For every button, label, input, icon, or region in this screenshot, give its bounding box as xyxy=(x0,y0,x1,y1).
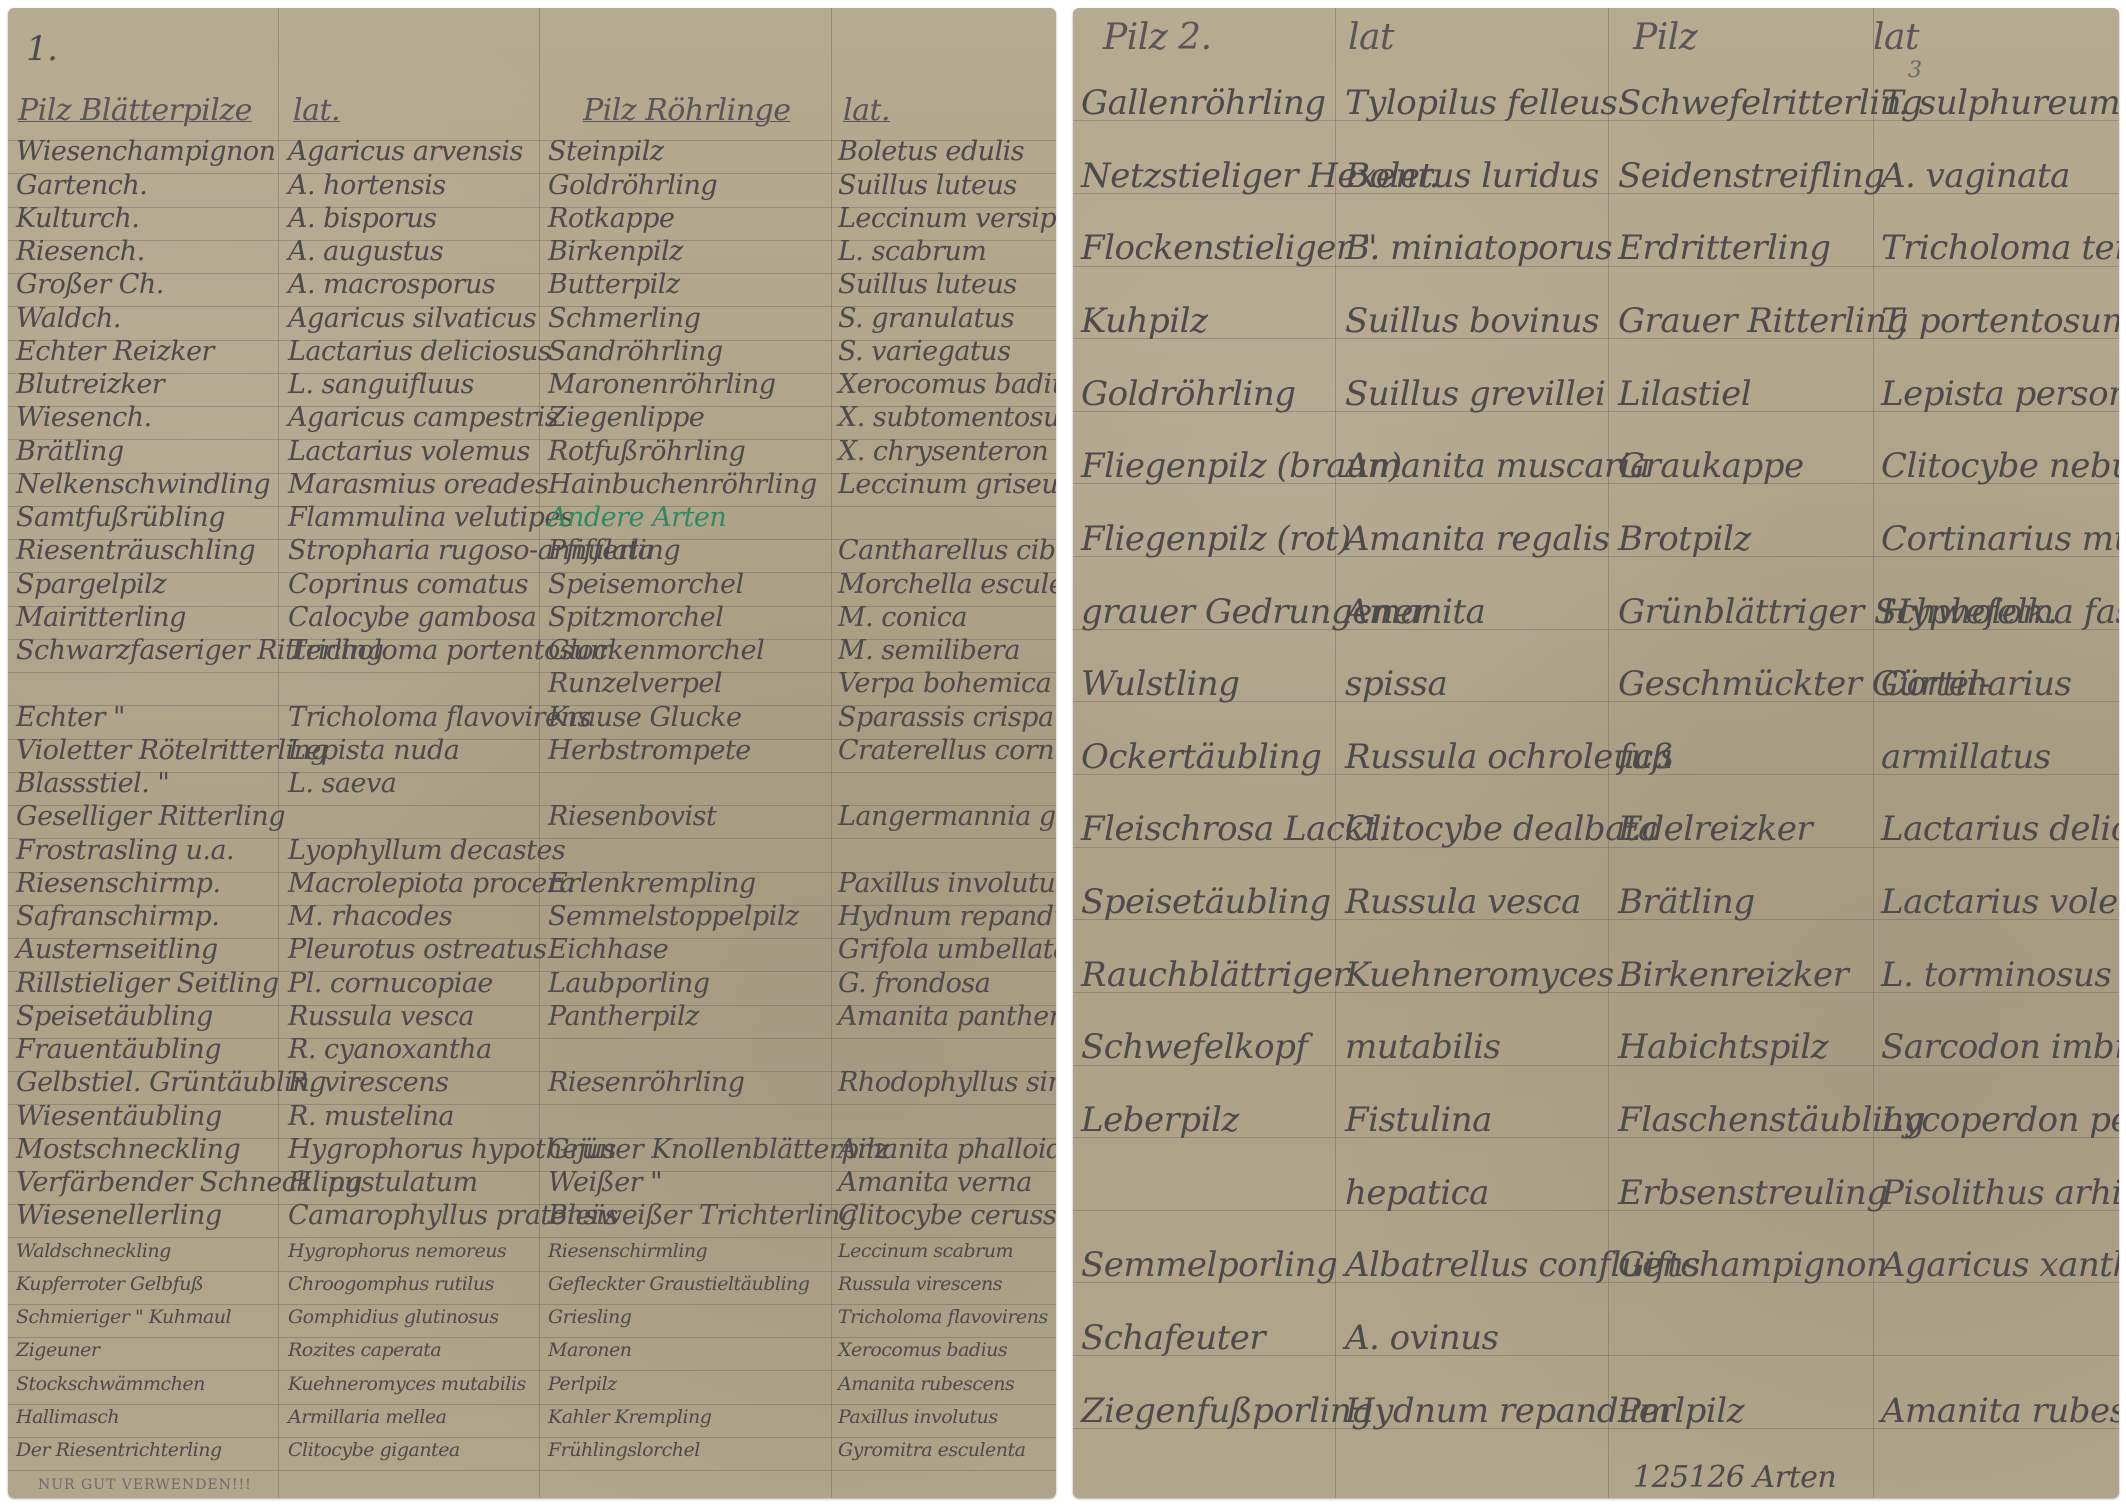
common-name-cell: Wiesentäubling xyxy=(16,1103,222,1130)
common-name-cell: Lilastiel xyxy=(1618,377,1751,411)
latin-name-cell: Macrolepiota procera xyxy=(288,870,575,897)
footnote: NUR GUT VERWENDEN!!! xyxy=(38,1478,252,1492)
header-lat: lat. xyxy=(293,96,340,126)
common-name-cell: Gartench. xyxy=(16,172,147,199)
latin-name-cell: mutabilis xyxy=(1345,1030,1500,1064)
common-name-cell: Rillstieliger Seitling xyxy=(16,970,278,997)
latin-name-cell: R. virescens xyxy=(288,1069,448,1096)
common-name-cell: Perlpilz xyxy=(1618,1394,1744,1428)
latin-name-cell: Xerocomus badius xyxy=(838,371,1056,398)
latin-name-cell: Cortinarius mucosus xyxy=(1881,522,2119,556)
latin-name-cell: Armillaria mellea xyxy=(288,1408,446,1427)
header-lat: lat. xyxy=(843,96,890,126)
header-pilz: Pilz 2. xyxy=(1103,20,1212,56)
common-name-cell: Riesench. xyxy=(16,238,145,265)
common-name-cell: Maronenröhrling xyxy=(548,371,776,398)
common-name-cell: Gefleckter Graustieltäubling xyxy=(548,1275,809,1294)
header-pilz: Pilz xyxy=(1633,20,1697,56)
latin-name-cell: Rozites caperata xyxy=(288,1341,441,1360)
latin-name-cell: X. subtomentosus xyxy=(838,404,1056,431)
latin-name-cell: Lepista personata xyxy=(1881,377,2119,411)
common-name-cell: Frühlingslorchel xyxy=(548,1441,700,1460)
latin-name-cell: R. mustelina xyxy=(288,1103,454,1130)
common-name-cell: Austernseitling xyxy=(16,936,218,963)
common-name-cell: Wiesenellerling xyxy=(16,1202,222,1229)
common-name-cell: Giftchampignon xyxy=(1618,1248,1887,1282)
common-name-cell: Flaschenstäubling xyxy=(1618,1103,1925,1137)
latin-name-cell: S. variegatus xyxy=(838,338,1011,365)
common-name-cell: Wiesenchampignon xyxy=(16,138,276,165)
common-name-cell: Mostschneckling xyxy=(16,1136,240,1163)
page-1: 1. Pilz Blätterpilze lat. Pilz Röhrlinge… xyxy=(8,8,1056,1498)
latin-name-cell: Clitocybe dealbata xyxy=(1345,812,1658,846)
common-name-cell: Griesling xyxy=(548,1308,631,1327)
common-name-cell: Erbsenstreuling xyxy=(1618,1176,1888,1210)
latin-name-cell: X. chrysenteron xyxy=(838,438,1048,465)
latin-name-cell: Paxillus involutus xyxy=(838,870,1056,897)
ruled-line xyxy=(8,1470,1056,1471)
latin-name-cell: L. scabrum xyxy=(838,238,986,265)
common-name-cell: Schwefelkopf xyxy=(1081,1030,1307,1064)
common-name-cell: Maronen xyxy=(548,1341,632,1360)
latin-name-cell: Grifola umbellata xyxy=(838,936,1056,963)
latin-name-cell: Cantharellus cibarius xyxy=(838,537,1056,564)
common-name-cell: Perlpilz xyxy=(548,1375,617,1394)
latin-name-cell: A. hortensis xyxy=(288,172,446,199)
species-tally: 125126 Arten xyxy=(1633,1463,1836,1493)
common-name-cell: Echter " xyxy=(16,704,125,731)
latin-name-cell: Russula vesca xyxy=(288,1003,474,1030)
latin-name-cell: Gomphidius glutinosus xyxy=(288,1308,498,1327)
latin-name-cell: Amanita rubescens xyxy=(1881,1394,2119,1428)
latin-name-cell: Amanita pantherina xyxy=(838,1003,1056,1030)
common-name-cell: Kuhpilz xyxy=(1081,304,1207,338)
latin-name-cell: Tricholoma terreum xyxy=(1881,231,2119,265)
ruled-line xyxy=(8,1370,1056,1371)
latin-name-cell: Lactarius volemus xyxy=(288,438,530,465)
ruled-line xyxy=(8,1271,1056,1272)
common-name-cell: Riesenschirmp. xyxy=(16,870,221,897)
common-name-cell: Safranschirmp. xyxy=(16,903,219,930)
latin-name-cell: hepatica xyxy=(1345,1176,1489,1210)
common-name-cell: Waldschneckling xyxy=(16,1242,171,1261)
latin-name-cell: L. saeva xyxy=(288,770,396,797)
latin-name-cell: B. miniatoporus xyxy=(1345,231,1612,265)
ruled-line xyxy=(8,1437,1056,1438)
latin-name-cell: Pl. cornucopiae xyxy=(288,970,493,997)
latin-name-cell: Kuehneromyces xyxy=(1345,958,1614,992)
common-name-cell: Weißer " xyxy=(548,1169,662,1196)
common-name-cell: Schmerling xyxy=(548,305,700,332)
latin-name-cell: Lycoperdon perlatum xyxy=(1881,1103,2119,1137)
common-name-cell: Echter Reizker xyxy=(16,338,214,365)
latin-name-cell: A. bisporus xyxy=(288,205,437,232)
column-divider xyxy=(539,8,540,1498)
latin-name-cell: Lactarius deliciosus xyxy=(1881,812,2119,846)
latin-name-cell: A. macrosporus xyxy=(288,271,495,298)
latin-name-cell: Suillus luteus xyxy=(838,271,1017,298)
common-name-cell: Herbstrompete xyxy=(548,737,751,764)
common-name-cell: Erdritterling xyxy=(1618,231,1831,265)
common-name-cell: fuß xyxy=(1618,740,1674,774)
latin-name-cell: Sparassis crispa xyxy=(838,704,1054,731)
common-name-cell: Geselliger Ritterling xyxy=(16,803,285,830)
common-name-cell: Semmelporling xyxy=(1081,1248,1337,1282)
latin-name-cell: T. portentosum xyxy=(1881,304,2119,338)
common-name-cell: Schafeuter xyxy=(1081,1321,1265,1355)
common-name-cell: Hallimasch xyxy=(16,1408,119,1427)
latin-name-cell: Agaricus campestris xyxy=(288,404,558,431)
latin-name-cell: Clitocybe gigantea xyxy=(288,1441,460,1460)
latin-name-cell: Agaricus arvensis xyxy=(288,138,523,165)
common-name-cell: Mairitterling xyxy=(16,604,186,631)
common-name-cell: Blutreizker xyxy=(16,371,164,398)
common-name-cell: Brotpilz xyxy=(1618,522,1751,556)
latin-name-cell: Amanita xyxy=(1345,595,1485,629)
common-name-cell: Speisetäubling xyxy=(1081,885,1331,919)
latin-name-cell: Tricholoma flavovirens xyxy=(838,1308,1048,1327)
common-name-cell: Kahler Krempling xyxy=(548,1408,711,1427)
common-name-cell: Frostrasling u.a. xyxy=(16,837,234,864)
common-name-cell: Blassstiel. " xyxy=(16,770,169,797)
latin-name-cell: Agaricus silvaticus xyxy=(288,305,536,332)
common-name-cell: Spitzmorchel xyxy=(548,604,723,631)
latin-name-cell: Chroogomphus rutilus xyxy=(288,1275,494,1294)
common-name-cell: Hainbuchenröhrling xyxy=(548,471,817,498)
common-name-cell: Schwefelritterling xyxy=(1618,86,1922,120)
latin-name-cell: Lactarius volemus xyxy=(1881,885,2119,919)
latin-name-cell: Hydnum repandum xyxy=(838,903,1056,930)
common-name-cell: Goldröhrling xyxy=(548,172,717,199)
common-name-cell: Rotfußröhrling xyxy=(548,438,745,465)
latin-name-cell: H. pustulatum xyxy=(288,1169,478,1196)
latin-name-cell: R. cyanoxantha xyxy=(288,1036,492,1063)
latin-name-cell: Russula vesca xyxy=(1345,885,1581,919)
latin-name-cell: Amanita phalloides xyxy=(838,1136,1056,1163)
latin-name-cell: Lactarius deliciosus xyxy=(288,338,551,365)
page-number: 1. xyxy=(26,32,57,66)
common-name-cell: Butterpilz xyxy=(548,271,680,298)
latin-name-cell: Langermannia gigantea xyxy=(838,803,1056,830)
common-name-cell: Zigeuner xyxy=(16,1341,100,1360)
latin-name-cell: Tylopilus felleus xyxy=(1345,86,1617,120)
common-name-cell: Edelreizker xyxy=(1618,812,1812,846)
common-name-cell: Bleiweißer Trichterling xyxy=(548,1202,857,1229)
common-name-cell: Fleischrosa Lackt. xyxy=(1081,812,1388,846)
common-name-cell: Wiesench. xyxy=(16,404,152,431)
latin-name-cell: armillatus xyxy=(1881,740,2051,774)
latin-name-cell: spissa xyxy=(1345,667,1447,701)
common-name-cell: Rauchblättriger xyxy=(1081,958,1349,992)
common-name-cell: Leberpilz xyxy=(1081,1103,1239,1137)
latin-name-cell: Boletus luridus xyxy=(1345,159,1599,193)
latin-name-cell: L. torminosus xyxy=(1881,958,2111,992)
latin-name-cell: Amanita rubescens xyxy=(838,1375,1014,1394)
common-name-cell: Ziegenlippe xyxy=(548,404,704,431)
common-name-cell: Flockenstieliger " xyxy=(1081,231,1377,265)
common-name-cell: Brätling xyxy=(1618,885,1755,919)
latin-name-cell: Suillus bovinus xyxy=(1345,304,1599,338)
common-name-cell: Fliegenpilz (rot) xyxy=(1081,522,1351,556)
common-name-cell: Frauentäubling xyxy=(16,1036,221,1063)
latin-name-cell: Amanita verna xyxy=(838,1169,1032,1196)
latin-name-cell: M. semilibera xyxy=(838,637,1020,664)
common-name-cell: Runzelverpel xyxy=(548,670,722,697)
latin-name-cell: Tricholoma flavovirens xyxy=(288,704,591,731)
ruled-line xyxy=(8,1237,1056,1238)
latin-name-cell: Paxillus involutus xyxy=(838,1408,998,1427)
common-name-cell: Grauer Ritterling xyxy=(1618,304,1908,338)
latin-name-cell: Coprinus comatus xyxy=(288,571,528,598)
common-name-cell: Speisemorchel xyxy=(548,571,744,598)
common-name-cell: Riesenträuschling xyxy=(16,537,255,564)
latin-name-cell: Morchella esculenta xyxy=(838,571,1056,598)
common-name-cell: Krause Glucke xyxy=(548,704,742,731)
common-name-cell: Birkenpilz xyxy=(548,238,683,265)
latin-name-cell: Calocybe gambosa xyxy=(288,604,536,631)
common-name-cell: Riesenschirmling xyxy=(548,1242,707,1261)
common-name-cell: Schmieriger " Kuhmaul xyxy=(16,1308,231,1327)
common-name-cell: Gelbstiel. Grüntäubling xyxy=(16,1069,326,1096)
latin-name-cell: Gyromitra esculenta xyxy=(838,1441,1026,1460)
common-name-cell: Speisetäubling xyxy=(16,1003,213,1030)
ruled-line xyxy=(8,1304,1056,1305)
common-name-cell: Goldröhrling xyxy=(1081,377,1296,411)
common-name-cell: Waldch. xyxy=(16,305,121,332)
latin-name-cell: M. conica xyxy=(838,604,967,631)
latin-name-cell: L. sanguifluus xyxy=(288,371,474,398)
common-name-cell: Pantherpilz xyxy=(548,1003,699,1030)
common-name-cell: Birkenreizker xyxy=(1618,958,1848,992)
common-name-cell: Seidenstreifling xyxy=(1618,159,1884,193)
latin-name-cell: Xerocomus badius xyxy=(838,1341,1007,1360)
common-name-cell: Spargelpilz xyxy=(16,571,166,598)
common-name-cell: Semmelstoppelpilz xyxy=(548,903,799,930)
latin-name-cell: Amanita muscaria xyxy=(1345,449,1650,483)
latin-name-cell: A. vaginata xyxy=(1881,159,2070,193)
common-name-cell: Ziegenfußporling xyxy=(1081,1394,1373,1428)
ruled-line xyxy=(8,1337,1056,1338)
common-name-cell: Steinpilz xyxy=(548,138,664,165)
latin-name-cell: Clitocybe nebularis xyxy=(1881,449,2119,483)
common-name-cell: Brätling xyxy=(16,438,124,465)
latin-name-cell: A. augustus xyxy=(288,238,443,265)
common-name-cell: Stockschwämmchen xyxy=(16,1375,205,1394)
page-2: Pilz 2. lat Pilz lat 3 125126 Arten Gall… xyxy=(1073,8,2119,1498)
latin-name-cell: Cortinarius xyxy=(1881,667,2071,701)
latin-name-cell: A. ovinus xyxy=(1345,1321,1498,1355)
latin-name-cell: Leccinum griseum xyxy=(838,471,1056,498)
common-name-cell: Großer Ch. xyxy=(16,271,164,298)
common-name-cell: Riesenbovist xyxy=(548,803,716,830)
common-name-cell: Samtfußrübling xyxy=(16,504,225,531)
common-name-cell: Habichtspilz xyxy=(1618,1030,1828,1064)
column-divider xyxy=(831,8,832,1498)
latin-name-cell: Pisolithus arhizus xyxy=(1881,1176,2119,1210)
header-pilz-blaetterpilze: Pilz Blätterpilze xyxy=(18,96,252,126)
latin-name-cell: Russula virescens xyxy=(838,1275,1002,1294)
common-name-cell: Graukappe xyxy=(1618,449,1804,483)
latin-name-cell: Lepista nuda xyxy=(288,737,459,764)
latin-name-cell: Boletus edulis xyxy=(838,138,1024,165)
common-name-cell: Violetter Rötelritterling xyxy=(16,737,327,764)
common-name-cell: Ockertäubling xyxy=(1081,740,1321,774)
latin-name-cell: S. granulatus xyxy=(838,305,1014,332)
column-mark: 3 xyxy=(1908,60,1922,82)
common-name-cell: Rotkappe xyxy=(548,205,674,232)
latin-name-cell: Fistulina xyxy=(1345,1103,1492,1137)
latin-name-cell: Lyophyllum decastes xyxy=(288,837,565,864)
latin-name-cell: Agaricus xanthodermus xyxy=(1881,1248,2119,1282)
common-name-cell: Kupferroter Gelbfuß xyxy=(16,1275,203,1294)
common-name-cell: Wulstling xyxy=(1081,667,1239,701)
latin-name-cell: Suillus luteus xyxy=(838,172,1017,199)
common-name-cell: Laubporling xyxy=(548,970,710,997)
latin-name-cell: Hypholoma fasciculare xyxy=(1881,595,2119,629)
common-name-cell: Pfifferling xyxy=(548,537,680,564)
latin-name-cell: Flammulina velutipes xyxy=(288,504,573,531)
latin-name-cell: G. frondosa xyxy=(838,970,990,997)
common-name-cell: Nelkenschwindling xyxy=(16,471,270,498)
latin-name-cell: M. rhacodes xyxy=(288,903,452,930)
latin-name-cell: Kuehneromyces mutabilis xyxy=(288,1375,526,1394)
common-name-cell: Gallenröhrling xyxy=(1081,86,1325,120)
latin-name-cell: Amanita regalis xyxy=(1345,522,1610,556)
common-name-cell: Glockenmorchel xyxy=(548,637,764,664)
common-name-cell: Sandröhrling xyxy=(548,338,723,365)
common-name-cell: Andere Arten xyxy=(548,504,726,531)
header-lat: lat xyxy=(1873,20,1919,56)
common-name-cell: Eichhase xyxy=(548,936,668,963)
header-lat: lat xyxy=(1348,20,1394,56)
latin-name-cell: Marasmius oreades xyxy=(288,471,549,498)
latin-name-cell: T. sulphureum xyxy=(1881,86,2119,120)
header-pilz-roehrlinge: Pilz Röhrlinge xyxy=(583,96,791,126)
latin-name-cell: Leccinum versipellum xyxy=(838,205,1056,232)
ruled-line xyxy=(8,1404,1056,1405)
common-name-cell: Der Riesentrichterling xyxy=(16,1441,222,1460)
latin-name-cell: Pleurotus ostreatus xyxy=(288,936,547,963)
latin-name-cell: Rhodophyllus sinuatus xyxy=(838,1069,1056,1096)
latin-name-cell: Suillus grevillei xyxy=(1345,377,1605,411)
latin-name-cell: Sarcodon imbricatus xyxy=(1881,1030,2119,1064)
latin-name-cell: Hygrophorus nemoreus xyxy=(288,1242,506,1261)
latin-name-cell: Craterellus cornucopioides xyxy=(838,737,1056,764)
common-name-cell: Kulturch. xyxy=(16,205,139,232)
latin-name-cell: Clitocybe cerussata xyxy=(838,1202,1056,1229)
latin-name-cell: Leccinum scabrum xyxy=(838,1242,1013,1261)
common-name-cell: Erlenkrempling xyxy=(548,870,756,897)
common-name-cell: Riesenröhrling xyxy=(548,1069,745,1096)
latin-name-cell: Verpa bohemica xyxy=(838,670,1051,697)
